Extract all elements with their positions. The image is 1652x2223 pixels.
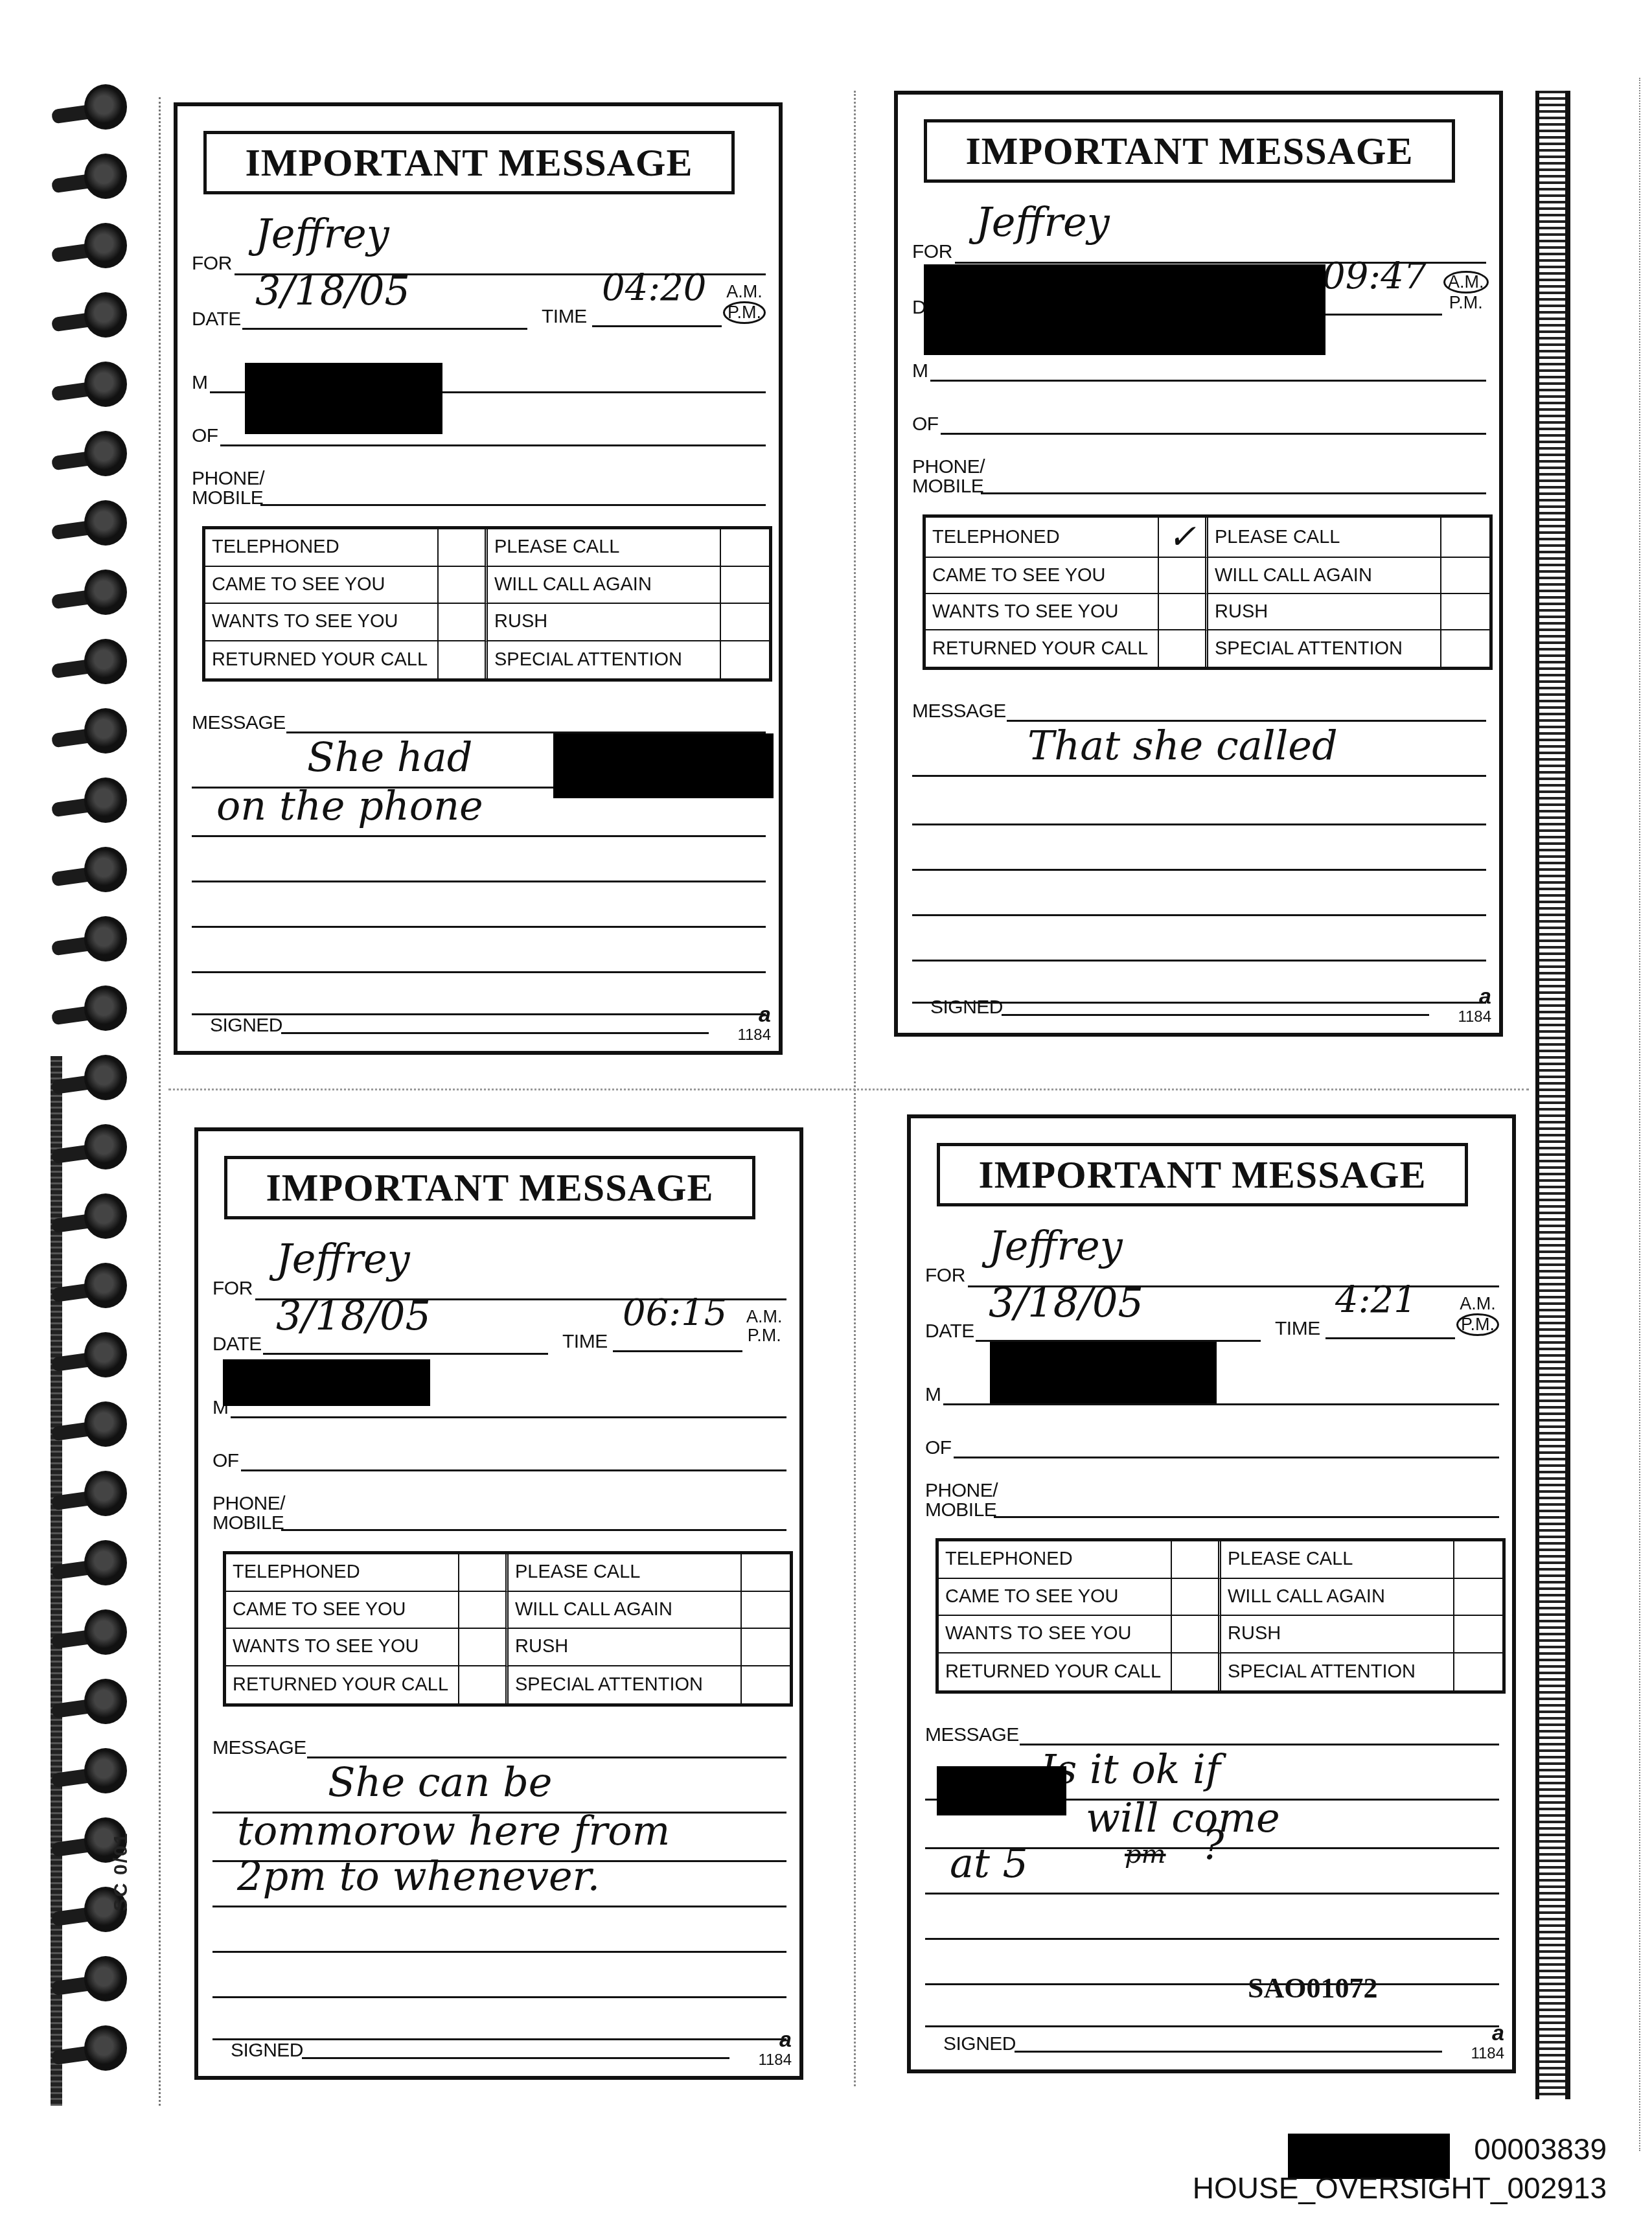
document-stamp: SAO01072 xyxy=(1248,1972,1377,2005)
caller-line xyxy=(943,1403,1499,1405)
am-pm-selector[interactable]: A.M. P.M. xyxy=(723,282,766,324)
phone-label-line2: MOBILE xyxy=(212,1512,284,1534)
caller-label: M xyxy=(192,372,208,394)
pm-option[interactable]: P.M. xyxy=(744,1326,785,1345)
of-line xyxy=(941,433,1486,435)
for-label: FOR xyxy=(925,1265,965,1287)
spiral-coil-icon xyxy=(52,223,130,268)
message-redaction xyxy=(553,733,774,798)
for-value[interactable]: Jeffrey xyxy=(989,1222,1123,1269)
coil-ring xyxy=(84,1540,127,1585)
rush-checkbox[interactable] xyxy=(1441,594,1489,630)
spiral-coil-icon xyxy=(52,916,130,962)
signed-line xyxy=(281,1032,709,1034)
wants-to-see-you-label: WANTS TO SEE YOU xyxy=(926,594,1159,630)
form-maker-logo: a xyxy=(779,2027,792,2053)
came-to-see-you-checkbox[interactable] xyxy=(439,567,488,605)
perforation-horizontal xyxy=(168,1088,1529,1090)
time-label: TIME xyxy=(1275,1318,1320,1340)
coil-ring xyxy=(84,1332,127,1377)
spiral-coil-icon xyxy=(52,362,130,407)
spiral-coil-icon xyxy=(52,1748,130,1793)
of-line xyxy=(954,1457,1499,1458)
of-line xyxy=(241,1469,786,1471)
message-slip-2: IMPORTANT MESSAGE FOR Jeffrey DATE TIME … xyxy=(894,91,1503,1037)
please-call-checkbox[interactable] xyxy=(742,1554,790,1592)
coil-ring xyxy=(84,570,127,615)
of-line xyxy=(220,444,766,446)
special-attention-checkbox[interactable] xyxy=(742,1666,790,1704)
am-option[interactable]: A.M. xyxy=(1443,271,1489,294)
rush-label: RUSH xyxy=(1208,594,1441,630)
coil-ring xyxy=(84,1956,127,2001)
message-rule xyxy=(912,824,1486,825)
form-number: 1184 xyxy=(1458,1008,1491,1026)
message-text-line: tommorow here from xyxy=(237,1807,670,1854)
of-label: OF xyxy=(212,1450,239,1472)
form-maker-logo: a xyxy=(1479,984,1491,1009)
spiral-coil-icon xyxy=(52,777,130,823)
spiral-coil-icon xyxy=(52,1956,130,2001)
message-text-line: on the phone xyxy=(216,782,483,829)
spiral-coil-icon xyxy=(52,1609,130,1655)
coil-ring xyxy=(84,1193,127,1239)
for-value[interactable]: Jeffrey xyxy=(976,198,1110,246)
wants-to-see-you-label: WANTS TO SEE YOU xyxy=(939,1616,1172,1653)
message-text-line: She can be xyxy=(328,1758,553,1806)
telephoned-checkbox[interactable]: ✓ xyxy=(1159,518,1208,558)
rush-label: RUSH xyxy=(509,1629,742,1666)
coil-ring xyxy=(84,708,127,754)
phone-label: PHONE/ MOBILE xyxy=(912,457,985,496)
spiral-coil-icon xyxy=(52,292,130,338)
message-text-line: at 5 xyxy=(950,1839,1028,1887)
pm-option[interactable]: P.M. xyxy=(1443,294,1489,312)
returned-your-call-checkbox[interactable] xyxy=(459,1666,509,1704)
telephoned-label: TELEPHONED xyxy=(226,1554,459,1592)
spiral-coil-icon xyxy=(52,84,130,130)
coil-ring xyxy=(84,2025,127,2071)
coil-ring xyxy=(84,431,127,476)
spiral-coil-icon xyxy=(52,1124,130,1169)
coil-ring xyxy=(84,916,127,962)
redaction-box xyxy=(245,363,442,434)
coil-ring xyxy=(84,362,127,407)
wants-to-see-you-checkbox[interactable] xyxy=(439,604,488,641)
redaction-box xyxy=(924,264,1325,355)
for-label: FOR xyxy=(192,253,232,275)
telephoned-checkbox[interactable] xyxy=(1172,1541,1221,1579)
will-call-again-checkbox[interactable] xyxy=(742,1592,790,1630)
phone-label: PHONE/ MOBILE xyxy=(925,1481,998,1520)
message-rule xyxy=(212,1951,786,1953)
phone-label-line2: MOBILE xyxy=(912,476,983,497)
date-line xyxy=(263,1353,548,1355)
time-line xyxy=(613,1350,742,1352)
phone-line xyxy=(260,504,766,506)
date-value[interactable]: 3/18/05 xyxy=(276,1292,431,1339)
please-call-label: PLEASE CALL xyxy=(509,1554,742,1592)
phone-label-line1: PHONE/ xyxy=(925,1480,998,1501)
phone-line xyxy=(981,492,1486,494)
phone-label-line1: PHONE/ xyxy=(192,468,264,489)
message-checkbox-grid: TELEPHONED PLEASE CALL CAME TO SEE YOU W… xyxy=(223,1551,793,1707)
of-label: OF xyxy=(912,413,939,435)
message-label: MESSAGE xyxy=(212,1737,306,1759)
message-text-line: 2pm to whenever. xyxy=(237,1852,600,1900)
page-edge-right xyxy=(1535,91,1570,2099)
signed-label: SIGNED xyxy=(930,996,1003,1019)
wants-to-see-you-checkbox[interactable] xyxy=(1172,1616,1221,1653)
will-call-again-checkbox[interactable] xyxy=(1454,1579,1502,1617)
signed-label: SIGNED xyxy=(943,2033,1016,2055)
message-rule xyxy=(912,869,1486,871)
spiral-coil-icon xyxy=(52,1401,130,1447)
coil-ring xyxy=(84,847,127,892)
of-label: OF xyxy=(925,1437,952,1459)
time-line xyxy=(592,325,722,327)
came-to-see-you-checkbox[interactable] xyxy=(1159,558,1208,594)
will-call-again-label: WILL CALL AGAIN xyxy=(509,1592,742,1630)
rush-checkbox[interactable] xyxy=(721,604,769,641)
spiral-coil-icon xyxy=(52,708,130,754)
date-label: DATE xyxy=(212,1333,262,1355)
bates-number-2: HOUSE_OVERSIGHT_002913 xyxy=(1193,2171,1607,2206)
redaction-box xyxy=(223,1359,430,1406)
wants-to-see-you-label: WANTS TO SEE YOU xyxy=(205,604,439,641)
message-text-line: Is it ok if xyxy=(1040,1745,1221,1793)
message-rule xyxy=(212,1996,786,1998)
spiral-coil-icon xyxy=(52,1193,130,1239)
time-value[interactable]: 04:20 xyxy=(602,267,706,309)
time-value[interactable]: 06:15 xyxy=(623,1292,727,1334)
telephoned-checkbox[interactable] xyxy=(439,529,488,567)
coil-ring xyxy=(84,292,127,338)
message-rule xyxy=(912,960,1486,962)
date-label: DATE xyxy=(192,308,241,330)
came-to-see-you-label: CAME TO SEE YOU xyxy=(226,1592,459,1630)
slip-title: IMPORTANT MESSAGE xyxy=(924,119,1455,183)
phone-label-line2: MOBILE xyxy=(925,1499,996,1521)
special-attention-checkbox[interactable] xyxy=(1441,630,1489,667)
coil-ring xyxy=(84,154,127,199)
time-value[interactable]: 4:21 xyxy=(1335,1279,1417,1321)
bates-number-1: 00003839 xyxy=(1474,2132,1607,2167)
wants-to-see-you-label: WANTS TO SEE YOU xyxy=(226,1629,459,1666)
message-rule xyxy=(192,835,766,837)
will-call-again-label: WILL CALL AGAIN xyxy=(1208,558,1441,594)
message-rule xyxy=(912,775,1486,777)
coil-ring xyxy=(84,777,127,823)
spiral-coil-icon xyxy=(52,2025,130,2071)
time-value[interactable]: 09:47 xyxy=(1322,255,1427,297)
message-rule xyxy=(912,914,1486,916)
spiral-coil-icon xyxy=(52,431,130,476)
telephoned-label: TELEPHONED xyxy=(205,529,439,567)
for-value[interactable]: Jeffrey xyxy=(276,1235,410,1282)
coil-ring xyxy=(84,1679,127,1724)
slip-title: IMPORTANT MESSAGE xyxy=(224,1156,755,1219)
spiral-coil-icon xyxy=(52,985,130,1031)
message-label: MESSAGE xyxy=(192,712,286,734)
form-maker-logo: a xyxy=(759,1002,771,1028)
spiral-coil-icon xyxy=(52,1055,130,1100)
phone-label: PHONE/ MOBILE xyxy=(192,469,264,508)
signed-line xyxy=(1002,1014,1429,1016)
please-call-label: PLEASE CALL xyxy=(1208,518,1441,558)
rush-label: RUSH xyxy=(1221,1616,1454,1653)
signed-line xyxy=(1015,2051,1442,2053)
date-value[interactable]: 3/18/05 xyxy=(255,267,410,314)
wants-to-see-you-checkbox[interactable] xyxy=(1159,594,1208,630)
coil-ring xyxy=(84,985,127,1031)
please-call-checkbox[interactable] xyxy=(721,529,769,567)
telephoned-label: TELEPHONED xyxy=(926,518,1159,558)
struck-out-text: pm xyxy=(1125,1839,1166,1869)
slip-title: IMPORTANT MESSAGE xyxy=(203,131,735,194)
date-label: DATE xyxy=(925,1320,974,1342)
special-attention-label: SPECIAL ATTENTION xyxy=(488,641,721,679)
spiral-coil-icon xyxy=(52,1471,130,1516)
message-redaction xyxy=(937,1766,1066,1815)
message-slip-3: IMPORTANT MESSAGE FOR Jeffrey DATE 3/18/… xyxy=(194,1127,803,2080)
for-label: FOR xyxy=(912,241,952,263)
time-label: TIME xyxy=(542,306,587,328)
message-rule xyxy=(192,926,766,928)
returned-your-call-label: RETURNED YOUR CALL xyxy=(939,1653,1172,1691)
please-call-label: PLEASE CALL xyxy=(1221,1541,1454,1579)
spiral-coil-icon xyxy=(52,639,130,684)
time-line xyxy=(1313,314,1442,316)
message-text-line: She had xyxy=(307,733,472,781)
am-pm-selector[interactable]: A.M. P.M. xyxy=(1443,271,1489,312)
message-text-line: will come xyxy=(1086,1794,1280,1841)
message-rule xyxy=(212,1906,786,1907)
am-option[interactable]: A.M. xyxy=(744,1307,785,1326)
scan-edge-shadow xyxy=(1639,78,1640,2151)
telephoned-label: TELEPHONED xyxy=(939,1541,1172,1579)
signed-line xyxy=(302,2057,729,2059)
coil-ring xyxy=(84,1055,127,1100)
am-pm-selector[interactable]: A.M. P.M. xyxy=(1456,1295,1499,1336)
pm-option[interactable]: P.M. xyxy=(723,301,766,324)
will-call-again-checkbox[interactable] xyxy=(1441,558,1489,594)
coil-ring xyxy=(84,639,127,684)
of-label: OF xyxy=(192,425,218,447)
phone-label-line1: PHONE/ xyxy=(912,456,985,478)
message-checkbox-grid: TELEPHONED PLEASE CALL CAME TO SEE YOU W… xyxy=(935,1538,1506,1694)
message-checkbox-grid: TELEPHONED PLEASE CALL CAME TO SEE YOU W… xyxy=(202,526,772,682)
signed-label: SIGNED xyxy=(231,2040,303,2062)
rush-checkbox[interactable] xyxy=(1454,1616,1502,1653)
form-number: 1184 xyxy=(737,1026,771,1044)
coil-ring xyxy=(84,1609,127,1655)
wants-to-see-you-checkbox[interactable] xyxy=(459,1629,509,1666)
special-attention-checkbox[interactable] xyxy=(721,641,769,679)
spiral-binding xyxy=(45,84,136,2106)
caller-label: M xyxy=(912,360,928,382)
perforation-left xyxy=(159,97,161,2106)
rush-checkbox[interactable] xyxy=(742,1629,790,1666)
coil-ring xyxy=(84,84,127,130)
message-slip-4: IMPORTANT MESSAGE FOR Jeffrey DATE 3/18/… xyxy=(907,1114,1516,2073)
caller-label: M xyxy=(925,1384,941,1406)
coil-ring xyxy=(84,1401,127,1447)
phone-line xyxy=(994,1516,1499,1518)
message-checkbox-grid: TELEPHONED ✓ PLEASE CALL CAME TO SEE YOU… xyxy=(923,514,1493,670)
rush-label: RUSH xyxy=(488,604,721,641)
message-rule xyxy=(925,1893,1499,1895)
phone-label-line2: MOBILE xyxy=(192,487,263,509)
please-call-checkbox[interactable] xyxy=(1441,518,1489,558)
came-to-see-you-label: CAME TO SEE YOU xyxy=(926,558,1159,594)
signed-label: SIGNED xyxy=(210,1015,282,1037)
will-call-again-label: WILL CALL AGAIN xyxy=(1221,1579,1454,1617)
spiral-coil-icon xyxy=(52,500,130,546)
am-option[interactable]: A.M. xyxy=(723,282,766,301)
returned-your-call-checkbox[interactable] xyxy=(439,641,488,679)
please-call-checkbox[interactable] xyxy=(1454,1541,1502,1579)
coil-ring xyxy=(84,500,127,546)
spiral-coil-icon xyxy=(52,847,130,892)
time-label: TIME xyxy=(562,1331,608,1353)
for-label: FOR xyxy=(212,1278,253,1300)
caller-line xyxy=(930,380,1486,382)
will-call-again-label: WILL CALL AGAIN xyxy=(488,567,721,605)
message-rule xyxy=(925,2025,1499,2027)
coil-ring xyxy=(84,1124,127,1169)
form-number: 1184 xyxy=(758,2051,792,2069)
coil-ring xyxy=(84,1748,127,1793)
caller-line xyxy=(231,1416,786,1418)
message-rule xyxy=(192,971,766,973)
coil-ring xyxy=(84,1263,127,1308)
am-pm-selector[interactable]: A.M. P.M. xyxy=(744,1307,785,1345)
message-rule xyxy=(192,881,766,882)
spiral-coil-icon xyxy=(52,1540,130,1585)
returned-your-call-checkbox[interactable] xyxy=(1159,630,1208,667)
returned-your-call-label: RETURNED YOUR CALL xyxy=(926,630,1159,667)
coil-ring xyxy=(84,223,127,268)
special-attention-label: SPECIAL ATTENTION xyxy=(1221,1653,1454,1691)
spiral-coil-icon xyxy=(52,1263,130,1308)
returned-your-call-label: RETURNED YOUR CALL xyxy=(205,641,439,679)
telephoned-checkbox[interactable] xyxy=(459,1554,509,1592)
came-to-see-you-label: CAME TO SEE YOU xyxy=(939,1579,1172,1617)
message-label: MESSAGE xyxy=(925,1724,1019,1746)
spiral-coil-icon xyxy=(52,154,130,199)
came-to-see-you-checkbox[interactable] xyxy=(459,1592,509,1630)
time-line xyxy=(1325,1337,1455,1339)
message-rule xyxy=(925,1983,1499,1985)
coil-ring xyxy=(84,1471,127,1516)
came-to-see-you-checkbox[interactable] xyxy=(1172,1579,1221,1617)
question-mark: ? xyxy=(1202,1821,1224,1869)
date-line xyxy=(242,328,527,330)
message-text-line: That she called xyxy=(1027,722,1338,769)
please-call-label: PLEASE CALL xyxy=(488,529,721,567)
spiral-coil-icon xyxy=(52,570,130,615)
returned-your-call-checkbox[interactable] xyxy=(1172,1653,1221,1691)
phone-line xyxy=(281,1529,786,1531)
will-call-again-checkbox[interactable] xyxy=(721,567,769,605)
phone-label-line1: PHONE/ xyxy=(212,1493,285,1514)
spiral-coil-icon xyxy=(52,1332,130,1377)
message-rule xyxy=(925,1938,1499,1940)
for-value[interactable]: Jeffrey xyxy=(255,210,389,257)
redaction-box xyxy=(990,1342,1217,1403)
am-option[interactable]: A.M. xyxy=(1456,1295,1499,1313)
form-maker-logo: a xyxy=(1492,2021,1504,2046)
special-attention-label: SPECIAL ATTENTION xyxy=(509,1666,742,1704)
special-attention-label: SPECIAL ATTENTION xyxy=(1208,630,1441,667)
date-value[interactable]: 3/18/05 xyxy=(989,1279,1143,1326)
came-to-see-you-label: CAME TO SEE YOU xyxy=(205,567,439,605)
message-label: MESSAGE xyxy=(912,700,1006,722)
spiral-code-text: SC 0/01 xyxy=(110,1832,132,1911)
form-number: 1184 xyxy=(1471,2045,1504,2063)
phone-label: PHONE/ MOBILE xyxy=(212,1494,285,1533)
pm-option[interactable]: P.M. xyxy=(1456,1313,1499,1336)
spiral-coil-icon xyxy=(52,1679,130,1724)
returned-your-call-label: RETURNED YOUR CALL xyxy=(226,1666,459,1704)
message-slip-1: IMPORTANT MESSAGE FOR Jeffrey DATE 3/18/… xyxy=(174,102,783,1055)
special-attention-checkbox[interactable] xyxy=(1454,1653,1502,1691)
slip-title: IMPORTANT MESSAGE xyxy=(937,1143,1468,1206)
